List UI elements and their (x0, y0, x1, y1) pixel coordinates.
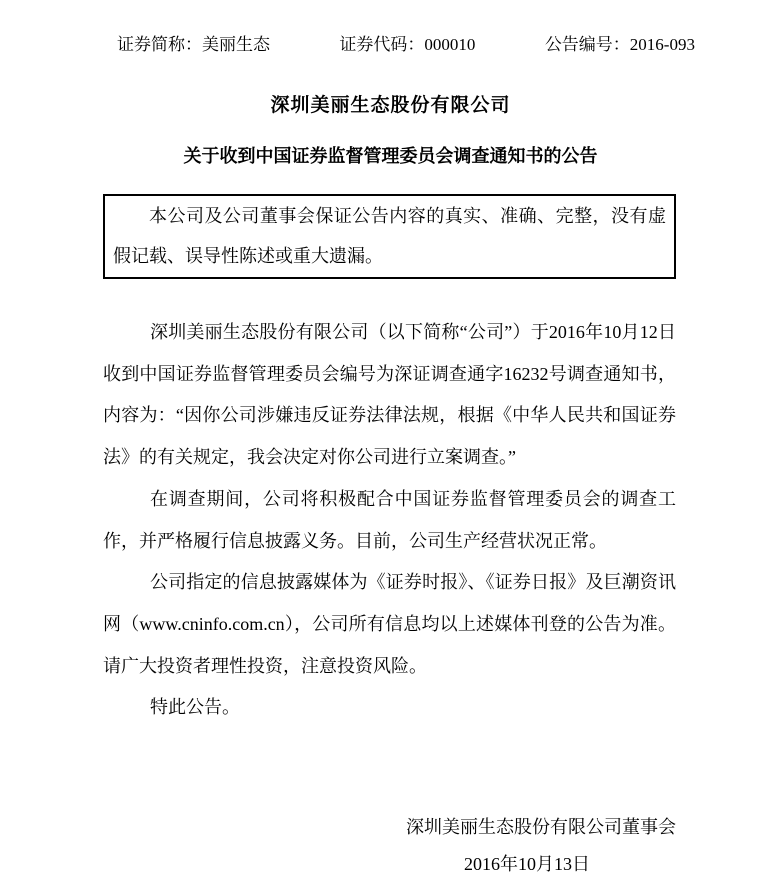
document-header: 证券简称：美丽生态 证券代码：000010 公告编号：2016-093 (0, 0, 781, 56)
company-name-title: 深圳美丽生态股份有限公司 (0, 93, 781, 118)
stock-code: 证券代码：000010 (339, 34, 475, 56)
disclaimer-text: 本公司及公司董事会保证公告内容的真实、准确、完整，没有虚假记载、误导性陈述或重大… (113, 206, 666, 266)
signature-company: 深圳美丽生态股份有限公司董事会 (0, 809, 676, 846)
paragraph-cooperation: 在调查期间，公司将积极配合中国证券监督管理委员会的调查工作，并严格履行信息披露义… (103, 479, 676, 562)
announcement-document: 证券简称：美丽生态 证券代码：000010 公告编号：2016-093 深圳美丽… (0, 0, 781, 886)
disclaimer-box: 本公司及公司董事会保证公告内容的真实、准确、完整，没有虚假记载、误导性陈述或重大… (103, 194, 676, 279)
paragraph-closing: 特此公告。 (103, 687, 676, 729)
paragraph-investigation-notice: 深圳美丽生态股份有限公司（以下简称“公司”）于2016年10月12日收到中国证券… (103, 312, 676, 479)
announcement-number: 公告编号：2016-093 (545, 34, 695, 56)
paragraph-media-disclosure: 公司指定的信息披露媒体为《证券时报》、《证券日报》及巨潮资讯网（www.cnin… (103, 562, 676, 687)
signature-date: 2016年10月13日 (0, 846, 676, 883)
stock-short-name: 证券简称：美丽生态 (117, 34, 270, 56)
document-body: 深圳美丽生态股份有限公司（以下简称“公司”）于2016年10月12日收到中国证券… (103, 312, 676, 729)
announcement-title: 关于收到中国证券监督管理委员会调查通知书的公告 (0, 144, 781, 169)
signature-block: 深圳美丽生态股份有限公司董事会 2016年10月13日 (0, 809, 676, 883)
